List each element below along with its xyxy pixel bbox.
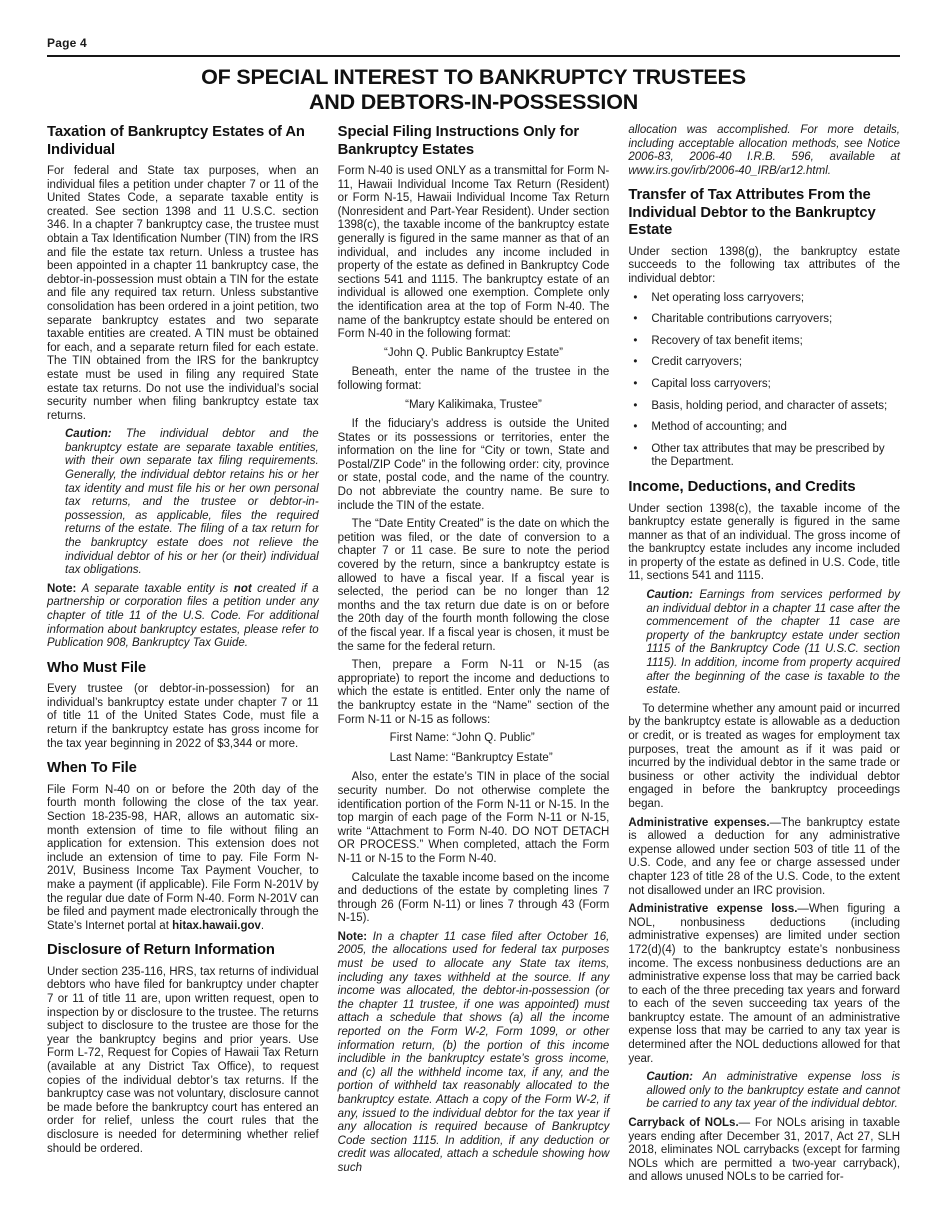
text-run: First Name: “John Q. Public” — [390, 732, 535, 744]
bullet-item: •Credit carryovers; — [628, 356, 900, 370]
text-run: Earnings from services performed by an i… — [646, 589, 900, 696]
text-run: Caution: — [65, 428, 112, 440]
text-run: The “Date Entity Created” is the date on… — [338, 518, 610, 652]
bullet-icon: • — [633, 335, 637, 349]
text-run: Note: — [338, 931, 367, 943]
section-heading: Who Must File — [47, 660, 319, 678]
text-run: Carryback of NOLs. — [628, 1117, 738, 1129]
centered-quote: “John Q. Public Bankruptcy Estate” — [338, 347, 610, 361]
paragraph: Under section 1398(g), the bankruptcy es… — [628, 246, 900, 287]
text-run: The individual debtor and the bankruptcy… — [65, 428, 319, 576]
text-run: Under section 1398(g), the bankruptcy es… — [628, 246, 900, 285]
bullet-text: Other tax attributes that may be prescri… — [651, 443, 884, 469]
column-2: Special Filing Instructions Only for Ban… — [338, 124, 610, 1181]
paragraph: To determine whether any amount paid or … — [628, 703, 900, 812]
text-run: Then, prepare a Form N-11 or N-15 (as ap… — [338, 659, 610, 725]
paragraph: The “Date Entity Created” is the date on… — [338, 518, 610, 654]
text-run: Beneath, enter the name of the trustee i… — [338, 366, 610, 392]
paragraph: Under section 1398(c), the taxable incom… — [628, 503, 900, 585]
bullet-item: •Capital loss carryovers; — [628, 378, 900, 392]
text-run: To determine whether any amount paid or … — [628, 703, 900, 810]
text-run: Calculate the taxable income based on th… — [338, 872, 610, 925]
section-heading: Income, Deductions, and Credits — [628, 479, 900, 497]
bullet-icon: • — [633, 292, 637, 306]
paragraph: Also, enter the estate’s TIN in place of… — [338, 771, 610, 866]
section-heading: Disclosure of Return Information — [47, 942, 319, 960]
paragraph: Note: In a chapter 11 case filed after O… — [338, 931, 610, 1176]
text-run: Also, enter the estate’s TIN in place of… — [338, 771, 610, 865]
bullet-icon: • — [633, 400, 637, 414]
bullet-item: •Charitable contributions carryovers; — [628, 313, 900, 327]
text-run: Caution: — [646, 1071, 693, 1083]
paragraph: Administrative expenses.—The bankruptcy … — [628, 817, 900, 899]
bullet-list: •Net operating loss carryovers;•Charitab… — [628, 292, 900, 470]
text-run: File Form N-40 on or before the 20th day… — [47, 784, 319, 932]
bullet-item: •Method of accounting; and — [628, 421, 900, 435]
paragraph: Under section 235-116, HRS, tax returns … — [47, 966, 319, 1156]
bullet-text: Recovery of tax benefit items; — [651, 335, 802, 347]
document-title-line1: OF SPECIAL INTEREST TO BANKRUPTCY TRUSTE… — [201, 65, 746, 89]
header-rule — [47, 55, 900, 57]
section-heading: Taxation of Bankruptcy Estates of An Ind… — [47, 124, 319, 159]
text-run: A separate taxable entity is — [76, 583, 233, 595]
text-run: Note: — [47, 583, 76, 595]
text-run: In a chapter 11 case filed after October… — [338, 931, 610, 1174]
paragraph: Then, prepare a Form N-11 or N-15 (as ap… — [338, 659, 610, 727]
text-run: “Mary Kalikimaka, Trustee” — [405, 399, 542, 411]
text-run: allocation was accomplished. For more de… — [628, 124, 900, 177]
text-run: —When figuring a NOL, nonbusiness deduct… — [628, 903, 900, 1065]
bullet-text: Method of accounting; and — [651, 421, 787, 433]
text-run: not — [234, 583, 252, 595]
centered-quote: “Mary Kalikimaka, Trustee” — [338, 399, 610, 413]
text-run: Every trustee (or debtor-in-possession) … — [47, 683, 319, 749]
document-page: Page 4 OF SPECIAL INTEREST TO BANKRUPTCY… — [0, 0, 950, 1230]
indented-line: Last Name: “Bankruptcy Estate” — [390, 752, 610, 766]
paragraph: Carryback of NOLs.— For NOLs arising in … — [628, 1117, 900, 1185]
bullet-icon: • — [633, 443, 637, 457]
bullet-text: Basis, holding period, and character of … — [651, 400, 887, 412]
section-heading: Special Filing Instructions Only for Ban… — [338, 124, 610, 159]
paragraph: Every trustee (or debtor-in-possession) … — [47, 683, 319, 751]
bullet-item: •Net operating loss carryovers; — [628, 292, 900, 306]
bullet-text: Credit carryovers; — [651, 356, 742, 368]
bullet-item: •Other tax attributes that may be prescr… — [628, 443, 900, 470]
bullet-icon: • — [633, 356, 637, 370]
text-run: . — [261, 920, 264, 932]
column-1: Taxation of Bankruptcy Estates of An Ind… — [47, 124, 319, 1161]
text-run: For federal and State tax purposes, when… — [47, 165, 319, 422]
paragraph: Form N-40 is used ONLY as a transmittal … — [338, 165, 610, 342]
bullet-item: •Recovery of tax benefit items; — [628, 335, 900, 349]
paragraph: Administrative expense loss.—When figuri… — [628, 903, 900, 1066]
page-number: Page 4 — [47, 36, 87, 50]
section-heading: Transfer of Tax Attributes From the Indi… — [628, 187, 900, 240]
paragraph: File Form N-40 on or before the 20th day… — [47, 784, 319, 934]
bullet-icon: • — [633, 378, 637, 392]
caution-note: Caution: The individual debtor and the b… — [65, 428, 319, 578]
paragraph: If the fiduciary’s address is outside th… — [338, 418, 610, 513]
bullet-item: •Basis, holding period, and character of… — [628, 400, 900, 414]
bullet-text: Capital loss carryovers; — [651, 378, 771, 390]
page-header: Page 4 — [47, 34, 900, 52]
bullet-icon: • — [633, 313, 637, 327]
text-run: Administrative expense loss. — [628, 903, 797, 915]
text-run: Form N-40 is used ONLY as a transmittal … — [338, 165, 610, 340]
bullet-text: Net operating loss carryovers; — [651, 292, 804, 304]
paragraph: allocation was accomplished. For more de… — [628, 124, 900, 178]
caution-note: Caution: An administrative expense loss … — [646, 1071, 900, 1112]
text-run: hitax.hawaii.gov — [172, 920, 261, 932]
bullet-icon: • — [633, 421, 637, 435]
text-run: Under section 235-116, HRS, tax returns … — [47, 966, 319, 1155]
caution-note: Caution: Earnings from services performe… — [646, 589, 900, 698]
bullet-text: Charitable contributions carryovers; — [651, 313, 832, 325]
paragraph: Calculate the taxable income based on th… — [338, 872, 610, 926]
indented-line: First Name: “John Q. Public” — [390, 732, 610, 746]
text-run: Last Name: “Bankruptcy Estate” — [390, 752, 553, 764]
columns-container: Taxation of Bankruptcy Estates of An Ind… — [47, 124, 900, 1190]
section-heading: When To File — [47, 760, 319, 778]
paragraph: Beneath, enter the name of the trustee i… — [338, 366, 610, 393]
text-run: “John Q. Public Bankruptcy Estate” — [384, 347, 563, 359]
text-run: Administrative expenses. — [628, 817, 769, 829]
column-3: allocation was accomplished. For more de… — [628, 124, 900, 1190]
text-run: If the fiduciary’s address is outside th… — [338, 418, 610, 512]
document-title-line2: AND DEBTORS-IN-POSSESSION — [309, 90, 638, 114]
text-run: Caution: — [646, 589, 693, 601]
paragraph: For federal and State tax purposes, when… — [47, 165, 319, 423]
document-title: OF SPECIAL INTEREST TO BANKRUPTCY TRUSTE… — [47, 65, 900, 115]
text-run: Under section 1398(c), the taxable incom… — [628, 503, 900, 583]
paragraph: Note: A separate taxable entity is not c… — [47, 583, 319, 651]
